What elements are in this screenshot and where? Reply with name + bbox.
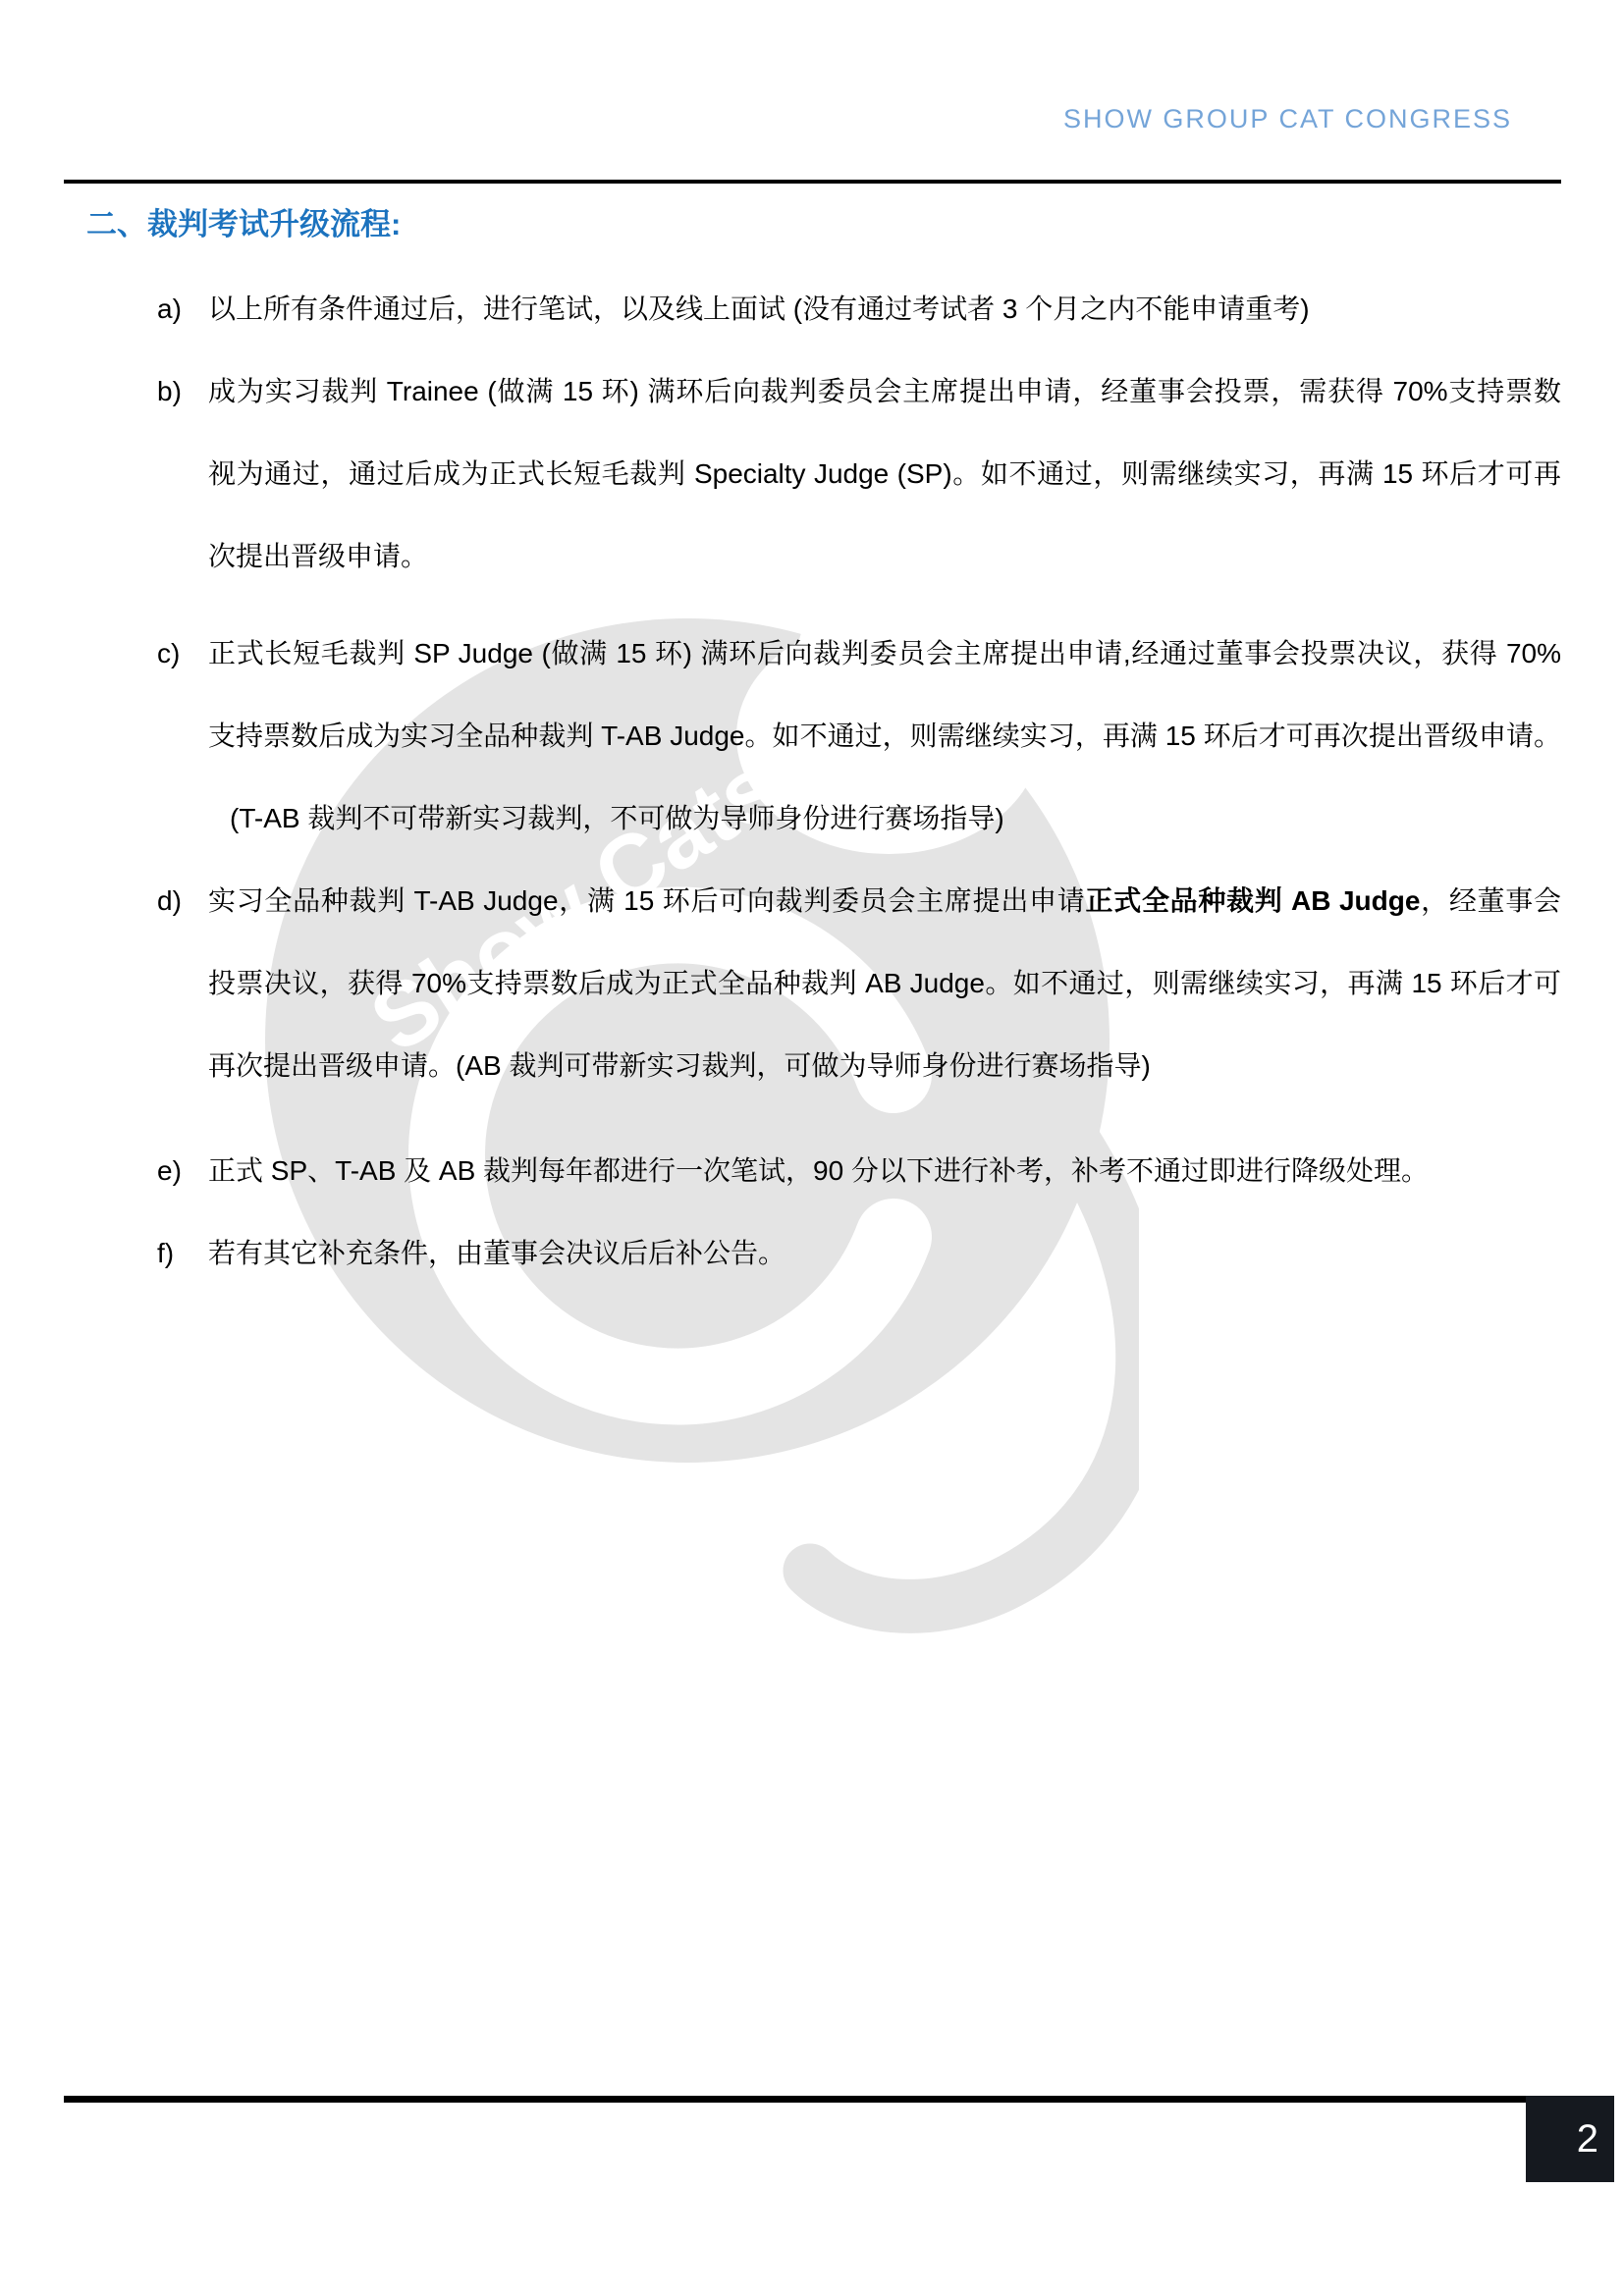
upgrade-process-list: a) 以上所有条件通过后，进行笔试，以及线上面试 (没有通过考试者 3 个月之内…: [157, 268, 1561, 1295]
list-item-d: d) 实习全品种裁判 T-AB Judge，满 15 环后可向裁判委员会主席提出…: [157, 860, 1561, 1107]
item-text: 正式 SP、T-AB 及 AB 裁判每年都进行一次笔试，90 分以下进行补考，补…: [208, 1130, 1561, 1212]
item-text-line: 正式长短毛裁判 SP Judge (做满 15 环) 满环后向裁判委员会主席提出…: [208, 613, 1561, 695]
page-number-badge: 2: [1526, 2096, 1614, 2182]
item-text: 若有其它补充条件，由董事会决议后后补公告。: [208, 1212, 1561, 1295]
list-item-e: e) 正式 SP、T-AB 及 AB 裁判每年都进行一次笔试，90 分以下进行补…: [157, 1130, 1561, 1212]
item-text: 成为实习裁判 Trainee (做满 15 环) 满环后向裁判委员会主席提出申请…: [208, 350, 1561, 598]
list-item-a: a) 以上所有条件通过后，进行笔试，以及线上面试 (没有通过考试者 3 个月之内…: [157, 268, 1561, 350]
section-heading: 二、裁判考试升级流程:: [86, 199, 401, 243]
item-label: b): [157, 350, 208, 598]
item-text-line: (T-AB 裁判不可带新实习裁判，不可做为导师身份进行赛场指导): [208, 777, 1561, 860]
header-rule: [64, 180, 1561, 184]
list-item-b: b) 成为实习裁判 Trainee (做满 15 环) 满环后向裁判委员会主席提…: [157, 350, 1561, 598]
text-segment-bold: 正式全品种裁判 AB Judge: [1086, 885, 1421, 916]
page-number: 2: [1577, 2117, 1598, 2162]
item-label: c): [157, 613, 208, 860]
item-text-line: 正式 SP、T-AB 及 AB 裁判每年都进行一次笔试，90 分以下进行补考，补…: [208, 1130, 1561, 1212]
item-text-line: 投票决议，获得 70%支持票数后成为正式全品种裁判 AB Judge。如不通过，…: [208, 942, 1561, 1025]
item-text-line: 成为实习裁判 Trainee (做满 15 环) 满环后向裁判委员会主席提出申请…: [208, 350, 1561, 433]
text-segment: ，经董事会: [1420, 885, 1561, 916]
item-text-line: 支持票数后成为实习全品种裁判 T-AB Judge。如不通过，则需继续实习，再满…: [208, 695, 1561, 777]
item-text-line: 次提出晋级申请。: [208, 515, 1561, 598]
item-text-line: 再次提出晋级申请。(AB 裁判可带新实习裁判，可做为导师身份进行赛场指导): [208, 1025, 1561, 1107]
list-item-c: c) 正式长短毛裁判 SP Judge (做满 15 环) 满环后向裁判委员会主…: [157, 613, 1561, 860]
item-text-line: 若有其它补充条件，由董事会决议后后补公告。: [208, 1212, 1561, 1295]
item-label: e): [157, 1130, 208, 1212]
item-label: d): [157, 860, 208, 1107]
item-text: 以上所有条件通过后，进行笔试，以及线上面试 (没有通过考试者 3 个月之内不能申…: [208, 268, 1561, 350]
footer-rule: [64, 2096, 1526, 2103]
item-text-line: 实习全品种裁判 T-AB Judge，满 15 环后可向裁判委员会主席提出申请正…: [208, 860, 1561, 942]
document-page: SHOW GROUP CAT CONGRESS Show Cats 二、裁判考试…: [0, 0, 1624, 2296]
item-text: 正式长短毛裁判 SP Judge (做满 15 环) 满环后向裁判委员会主席提出…: [208, 613, 1561, 860]
item-text: 实习全品种裁判 T-AB Judge，满 15 环后可向裁判委员会主席提出申请正…: [208, 860, 1561, 1107]
header-brand: SHOW GROUP CAT CONGRESS: [64, 104, 1512, 134]
list-item-f: f) 若有其它补充条件，由董事会决议后后补公告。: [157, 1212, 1561, 1295]
item-text-line: 以上所有条件通过后，进行笔试，以及线上面试 (没有通过考试者 3 个月之内不能申…: [208, 268, 1561, 350]
text-segment: 实习全品种裁判 T-AB Judge，满 15 环后可向裁判委员会主席提出申请: [208, 885, 1086, 916]
item-text-line: 视为通过，通过后成为正式长短毛裁判 Specialty Judge (SP)。如…: [208, 433, 1561, 515]
item-label: a): [157, 268, 208, 350]
item-label: f): [157, 1212, 208, 1295]
